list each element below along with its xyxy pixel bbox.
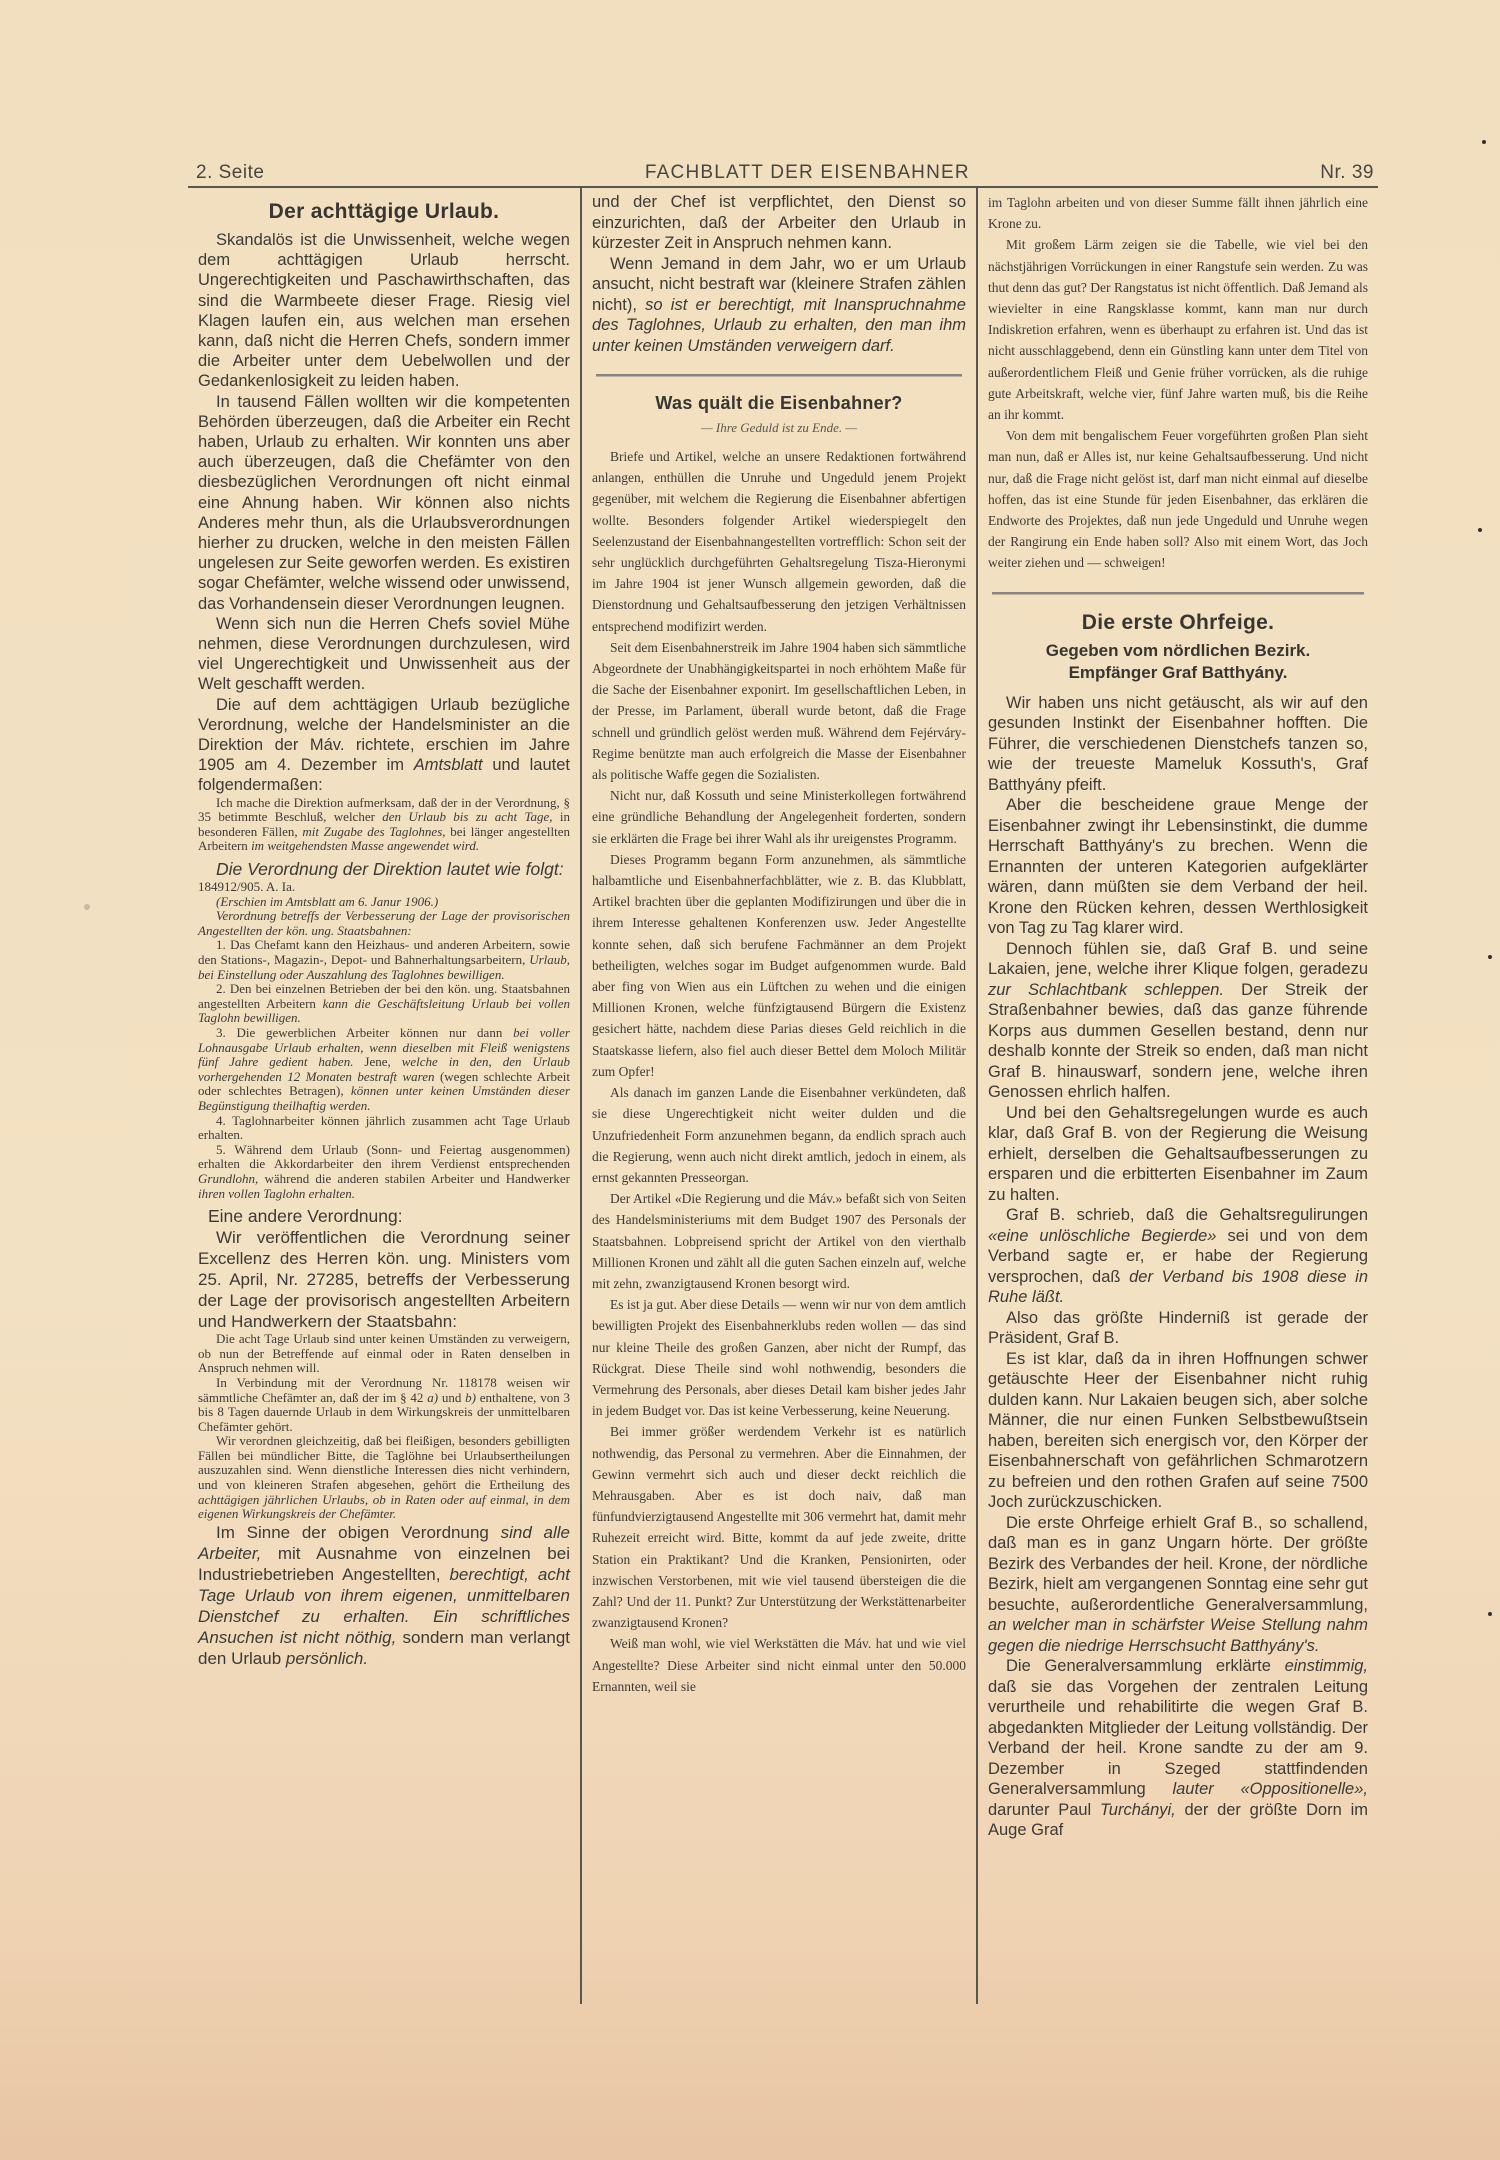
paragraph: Briefe und Artikel, welche an unsere Red… — [592, 446, 966, 637]
paragraph: Und bei den Gehaltsregelungen wurde es a… — [988, 1103, 1368, 1206]
decree-reference: 184912/905. A. Ia. — [198, 880, 570, 895]
paragraph: Graf B. schrieb, daß die Gehaltsreguliru… — [988, 1205, 1368, 1308]
decree-item-2: 2. Den bei einzelnen Betrieben der bei d… — [198, 982, 570, 1026]
paragraph: Es ist klar, daß da in ihren Hoffnungen … — [988, 1349, 1368, 1513]
paragraph: Weiß man wohl, wie viel Werkstätten die … — [592, 1633, 966, 1697]
publication-title: FACHBLATT DER EISENBAHNER — [645, 162, 970, 184]
paragraph: Die erste Ohrfeige erhielt Graf B., so s… — [988, 1513, 1368, 1657]
paragraph: Dieses Programm begann Form anzunehmen, … — [592, 849, 966, 1082]
column-2: und der Chef ist verpflichtet, den Diens… — [582, 188, 978, 2004]
paragraph: Wenn Jemand in dem Jahr, wo er um Urlaub… — [592, 254, 966, 357]
page-header: 2. Seite FACHBLATT DER EISENBAHNER Nr. 3… — [188, 160, 1378, 188]
quoted-decree: In Verbindung mit der Verordnung Nr. 118… — [198, 1376, 570, 1434]
column-1: Der achttägige Urlaub. Skandalös ist die… — [188, 188, 582, 2004]
paper-speck — [1488, 955, 1492, 959]
decree-published: (Erschien im Amtsblatt am 6. Janur 1906.… — [198, 895, 570, 910]
paragraph: In tausend Fällen wollten wir die kompet… — [198, 392, 570, 614]
decree-item-4: 4. Taglohnarbeiter können jährlich zusam… — [198, 1114, 570, 1143]
page-number: 2. Seite — [196, 162, 264, 184]
article-title-eisenbahner: Was quält die Eisenbahner? — [592, 393, 966, 414]
page-columns: Der achttägige Urlaub. Skandalös ist die… — [188, 188, 1378, 2004]
paper-speck — [1482, 140, 1486, 144]
issue-number: Nr. 39 — [1320, 162, 1374, 184]
newspaper-page: 2. Seite FACHBLATT DER EISENBAHNER Nr. 3… — [188, 160, 1378, 2004]
quoted-decree: Ich mache die Direktion aufmerksam, daß … — [198, 796, 570, 854]
paper-speck — [1478, 528, 1482, 532]
paper-speck — [1488, 1612, 1492, 1616]
paragraph: Von dem mit bengalischem Feuer vorgeführ… — [988, 425, 1368, 573]
decree-item-3: 3. Die gewerblichen Arbeiter können nur … — [198, 1026, 570, 1114]
paragraph: und der Chef ist verpflichtet, den Diens… — [592, 192, 966, 254]
paragraph: Aber die bescheidene graue Menge der Eis… — [988, 795, 1368, 939]
paragraph: Seit dem Eisenbahnerstreik im Jahre 1904… — [592, 637, 966, 785]
decree-item-1: 1. Das Chefamt kann den Heizhaus- und an… — [198, 938, 570, 982]
article-divider — [992, 592, 1364, 595]
quoted-decree: Die acht Tage Urlaub sind unter keinen U… — [198, 1332, 570, 1376]
paragraph: Nicht nur, daß Kossuth und seine Ministe… — [592, 785, 966, 849]
article-divider — [596, 374, 962, 377]
paragraph: Wir veröffentlichen die Verordnung seine… — [198, 1227, 570, 1332]
article-title-ohrfeige: Die erste Ohrfeige. — [988, 611, 1368, 635]
paragraph: Der Artikel «Die Regierung und die Máv.»… — [592, 1188, 966, 1294]
article-subtitle: Gegeben vom nördlichen Bezirk. — [988, 641, 1368, 661]
paragraph: Also das größte Hinderniß ist gerade der… — [988, 1308, 1368, 1349]
paragraph: Die Generalversammlung erklärte einstimm… — [988, 1656, 1368, 1841]
paragraph: Es ist ja gut. Aber diese Details — wenn… — [592, 1294, 966, 1421]
article-title-urlaub: Der achttägige Urlaub. — [198, 200, 570, 224]
paper-speck — [84, 904, 90, 910]
column-3: im Taglohn arbeiten und von dieser Summe… — [978, 188, 1378, 2004]
paragraph: im Taglohn arbeiten und von dieser Summe… — [988, 192, 1368, 234]
paragraph: Dennoch fühlen sie, daß Graf B. und sein… — [988, 939, 1368, 1103]
section-heading: Die Verordnung der Direktion lautet wie … — [198, 858, 570, 880]
article-subtitle: Empfänger Graf Batthyány. — [988, 663, 1368, 683]
article-tagline: — Ihre Geduld ist zu Ende. — — [592, 420, 966, 436]
paragraph: Die auf dem achttägigen Urlaub bezüglich… — [198, 695, 570, 796]
paragraph: Bei immer größer werdendem Verkehr ist e… — [592, 1421, 966, 1633]
decree-item-5: 5. Während dem Urlaub (Sonn- und Feierta… — [198, 1143, 570, 1201]
paragraph: Mit großem Lärm zeigen sie die Tabelle, … — [988, 234, 1368, 425]
quoted-decree: Wir verordnen gleichzeitig, daß bei flei… — [198, 1434, 570, 1522]
paragraph: Wenn sich nun die Herren Chefs soviel Mü… — [198, 614, 570, 695]
paragraph: Als danach im ganzen Lande die Eisenbahn… — [592, 1082, 966, 1188]
paragraph: Skandalös ist die Unwissenheit, welche w… — [198, 230, 570, 392]
decree-title: Verordnung betreffs der Verbesserung der… — [198, 909, 570, 938]
section-heading: Eine andere Verordnung: — [208, 1205, 570, 1227]
paragraph: Im Sinne der obigen Verordnung sind alle… — [198, 1522, 570, 1669]
paragraph: Wir haben uns nicht getäuscht, als wir a… — [988, 693, 1368, 796]
